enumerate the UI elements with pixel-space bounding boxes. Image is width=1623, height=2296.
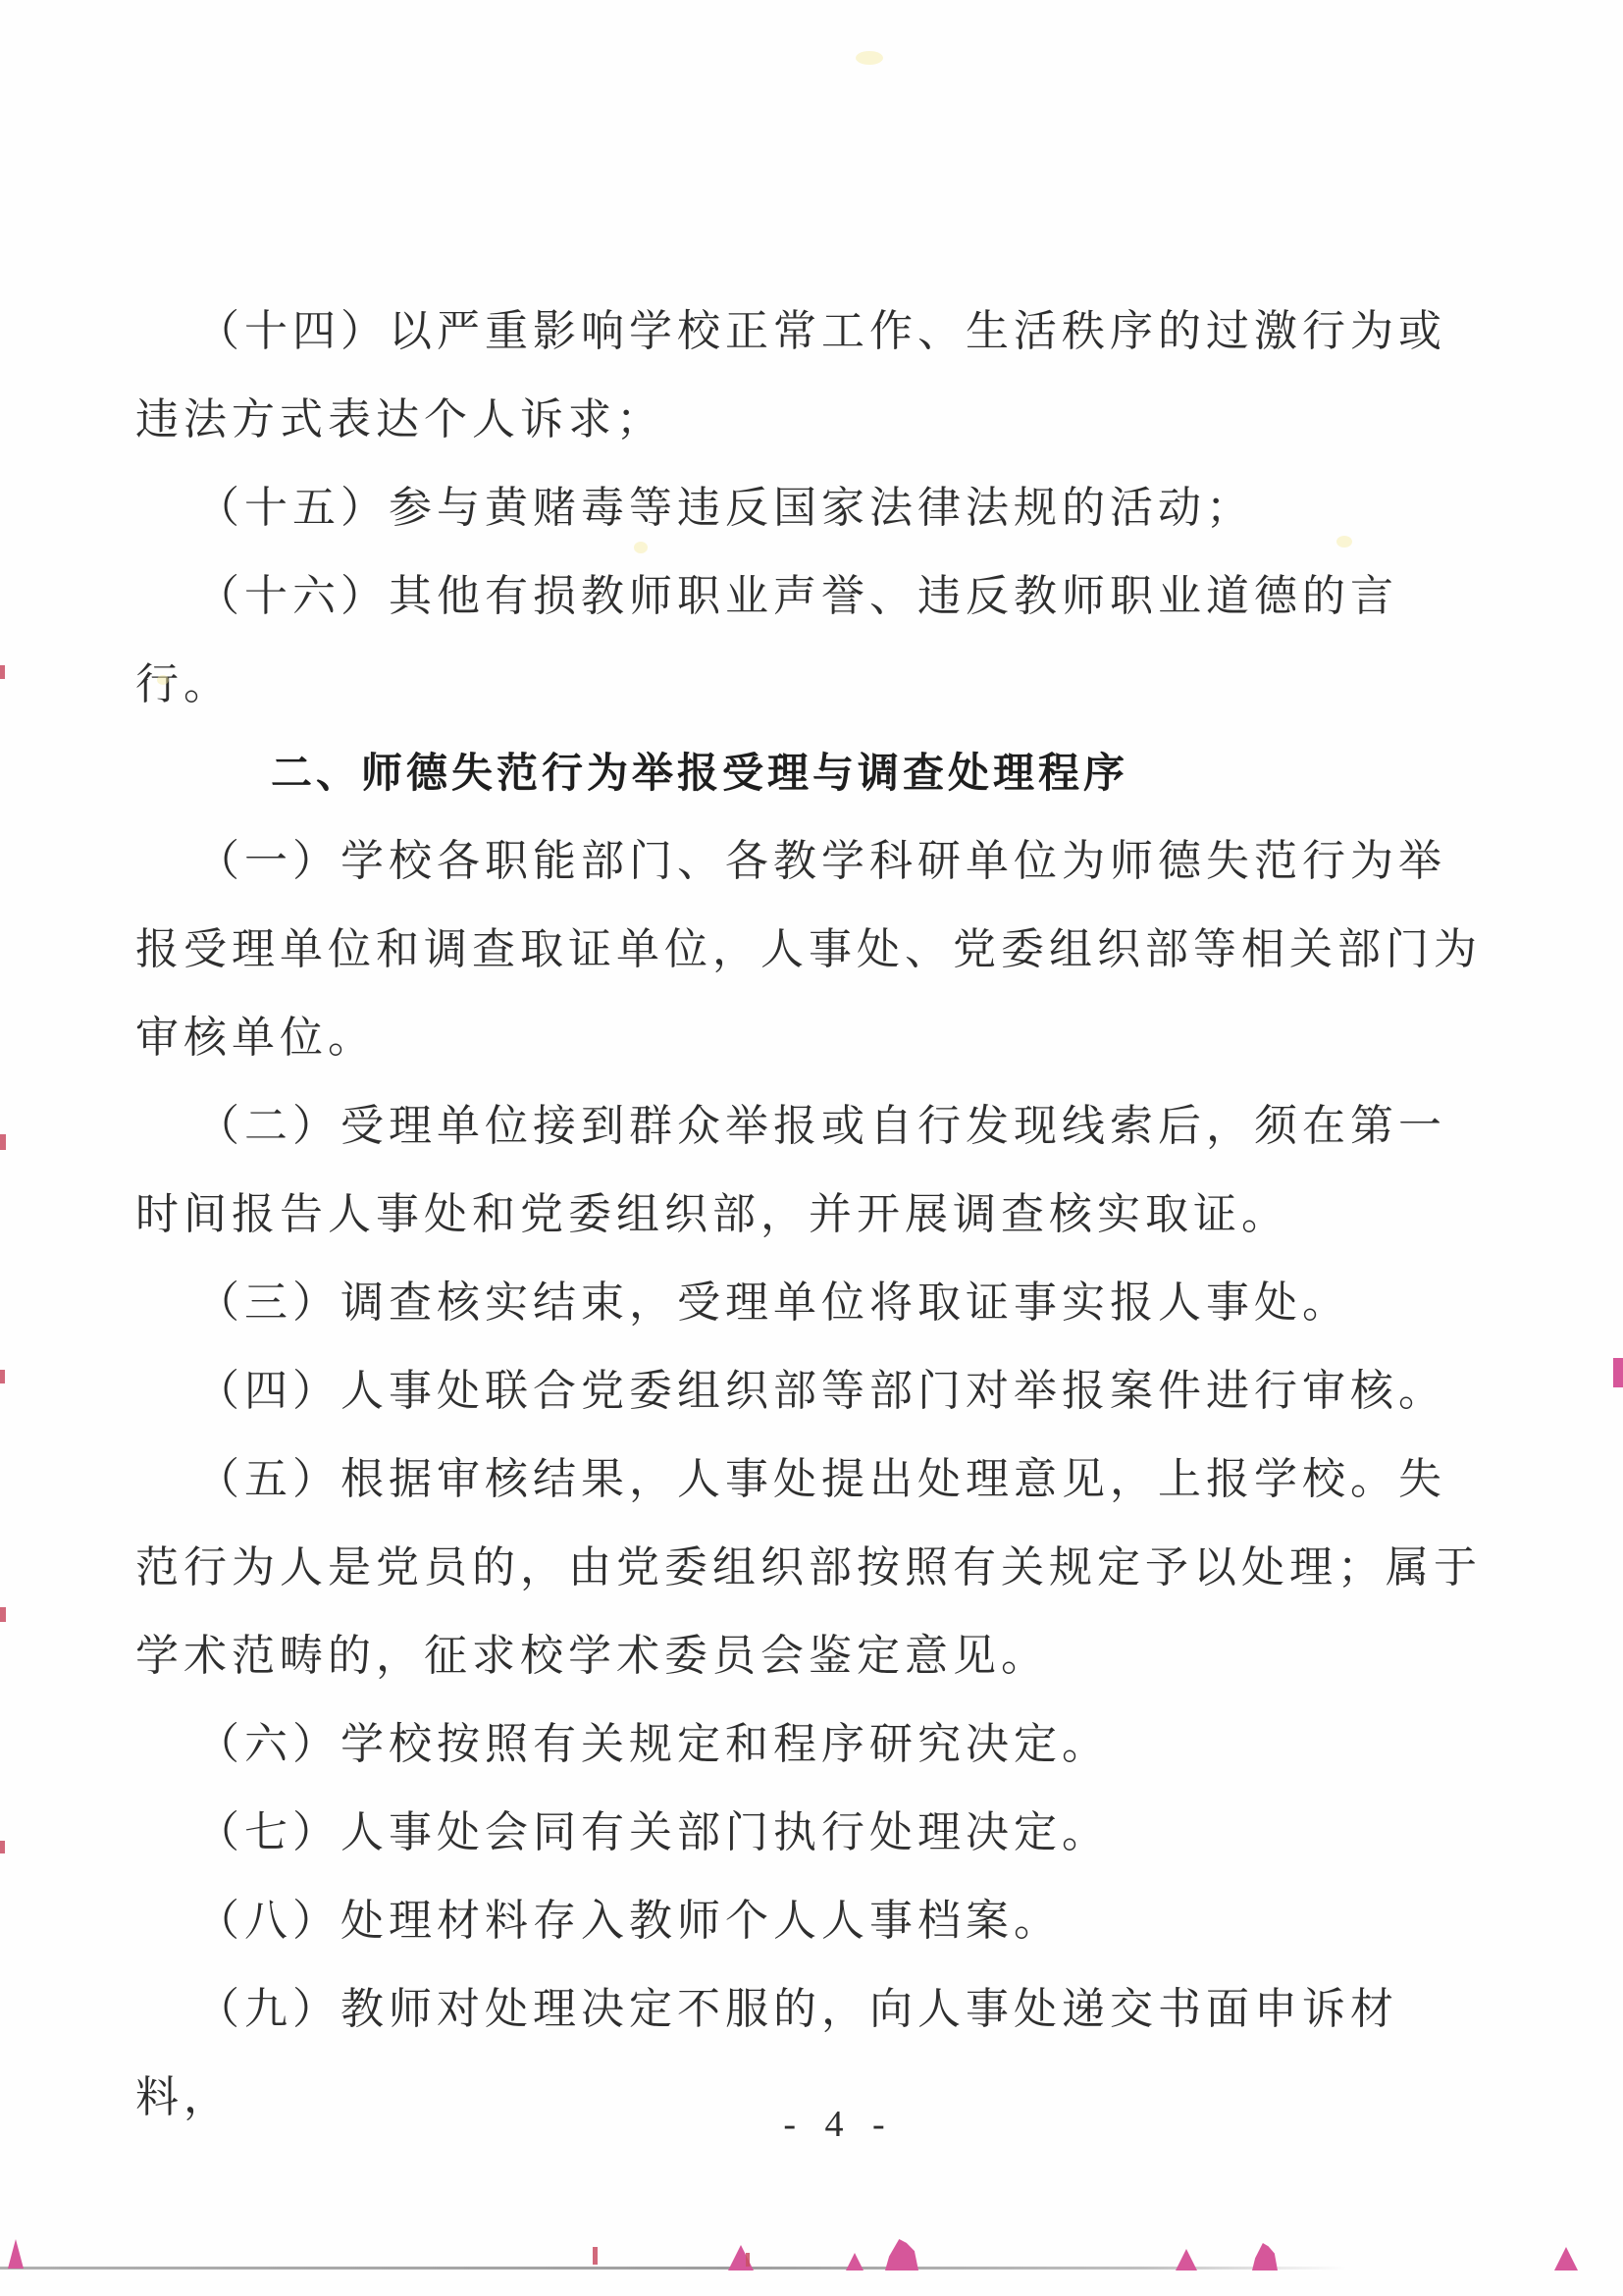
section-2-heading: 二、师德失范行为举报受理与调查处理程序	[135, 729, 1493, 817]
scan-smudge	[157, 675, 169, 685]
scan-smudge	[634, 542, 648, 553]
clause-2-2: （二）受理单位接到群众举报或自行发现线索后，须在第一 时间报告人事处和党委组织部…	[135, 1082, 1493, 1259]
stamp-ink-mark	[885, 2239, 918, 2270]
document-body: （十四）以严重影响学校正常工作、生活秩序的过激行为或 违法方式表达个人诉求； （…	[135, 287, 1493, 2142]
ink-speck	[0, 665, 5, 679]
clause-16: （十六）其他有损教师职业声誉、违反教师职业道德的言行。	[135, 552, 1493, 729]
ink-speck	[0, 1134, 6, 1150]
document-page: （十四）以严重影响学校正常工作、生活秩序的过激行为或 违法方式表达个人诉求； （…	[0, 0, 1623, 2296]
stamp-ink-mark	[728, 2245, 754, 2270]
ink-speck	[593, 2247, 598, 2265]
scan-smudge	[856, 51, 883, 65]
ink-speck	[0, 1841, 5, 1853]
clause-14: （十四）以严重影响学校正常工作、生活秩序的过激行为或 违法方式表达个人诉求；	[135, 287, 1493, 464]
clause-2-6: （六）学校按照有关规定和程序研究决定。	[135, 1700, 1493, 1789]
scanner-edge-line	[0, 2267, 1346, 2270]
stamp-ink-mark	[1613, 1358, 1623, 1387]
stamp-ink-mark	[8, 2239, 24, 2269]
clause-15: （十五）参与黄赌毒等违反国家法律法规的活动；	[135, 464, 1493, 552]
ink-speck	[746, 2253, 750, 2267]
scan-smudge	[1336, 536, 1352, 548]
clause-2-5: （五）根据审核结果，人事处提出处理意见，上报学校。失 范行为人是党员的，由党委组…	[135, 1435, 1493, 1700]
clause-2-4: （四）人事处联合党委组织部等部门对举报案件进行审核。	[135, 1347, 1493, 1435]
clause-2-3: （三）调查核实结束，受理单位将取证事实报人事处。	[135, 1259, 1493, 1347]
stamp-ink-mark	[1252, 2243, 1278, 2270]
ink-speck	[0, 1370, 5, 1383]
clause-2-1: （一）学校各职能部门、各教学科研单位为师德失范行为举 报受理单位和调查取证单位，…	[135, 817, 1493, 1082]
stamp-ink-mark	[1176, 2249, 1197, 2270]
stamp-ink-mark	[1554, 2247, 1578, 2270]
clause-2-7: （七）人事处会同有关部门执行处理决定。	[135, 1789, 1493, 1877]
stamp-ink-mark	[846, 2253, 864, 2270]
clause-2-8: （八）处理材料存入教师个人人事档案。	[135, 1877, 1493, 1965]
ink-speck	[0, 1607, 6, 1622]
page-number: - 4 -	[783, 2103, 894, 2146]
